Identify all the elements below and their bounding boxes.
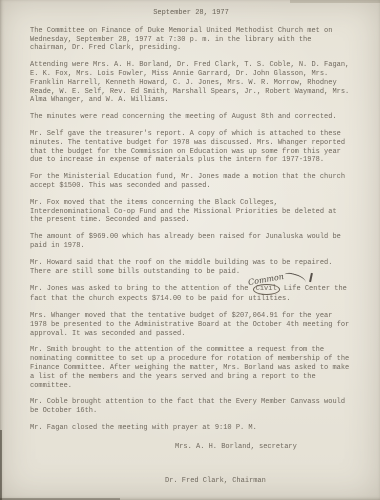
circled-word: CivilCommon	[253, 284, 280, 295]
paragraph-minutes-read: The minutes were read concerning the mee…	[30, 113, 352, 122]
scan-edge-artifact-left	[0, 430, 2, 500]
paragraph-closing-prayer: Mr. Fagan closed the meeting with prayer…	[30, 424, 352, 433]
paragraph-roof-repair: Mr. Howard said that the roof on the mid…	[30, 259, 352, 277]
paragraph-deletions-motion: Mr. Fox moved that the items concerning …	[30, 199, 352, 225]
signature-secretary: Mrs. A. H. Borland, secretary	[175, 443, 352, 452]
paragraph-ministerial-education: For the Ministerial Education fund, Mr. …	[30, 173, 352, 191]
paragraph-treasurer-report: Mr. Self gave the treasurer's report. A …	[30, 130, 352, 165]
paragraph-life-center: Mr. Jones was asked to bring to the atte…	[30, 284, 352, 304]
life-center-text-before: Mr. Jones was asked to bring to the atte…	[30, 285, 253, 293]
document-page: September 28, 1977 The Committee on Fina…	[0, 0, 380, 500]
date-line: September 28, 1977	[30, 9, 352, 18]
circled-word-text: Civil	[256, 285, 277, 293]
paragraph-every-member-canvass: Mr. Coble brought attention to the fact …	[30, 398, 352, 416]
paragraph-junaluska: The amount of $969.00 which has already …	[30, 233, 352, 251]
paragraph-rotation-procedure: Mr. Smith brought to the attention of th…	[30, 346, 352, 390]
scan-smudge-top	[290, 0, 380, 3]
signature-chairman: Dr. Fred Clark, Chairman	[165, 477, 352, 486]
paragraph-attendees: Attending were Mrs. A. H. Borland, Dr. F…	[30, 61, 352, 105]
paragraph-tentative-budget: Mrs. Whanger moved that the tentative bu…	[30, 312, 352, 338]
paragraph-meeting-opening: The Committee on Finance of Duke Memoria…	[30, 27, 352, 53]
